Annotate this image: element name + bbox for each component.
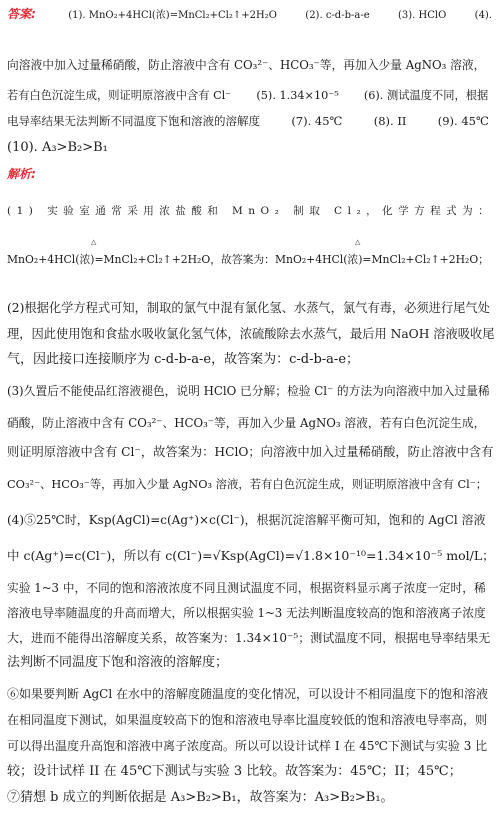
analysis-p4-line-4: 溶液电导率随温度的升高而增大，所以根据实验 1~3 无法判断温度较高的饱和溶液离… xyxy=(7,605,486,621)
analysis-p1-line-2: MnO₂+4HCl(浓)=MnCl₂+Cl₂↑+2H₂O，故答案为：MnO₂+4… xyxy=(7,252,489,268)
analysis-p3-line-2: 硝酸，防止溶液中含有 CO₃²⁻、HCO₃⁻等，再加入少量 AgNO₃ 溶液，若… xyxy=(7,415,485,431)
answer-8: (8). II xyxy=(374,114,407,128)
analysis-p3-line-1: (3)久置后不能使品红溶液褪色，说明 HClO 已分解；检验 Cl⁻ 的方法为向… xyxy=(7,383,490,399)
analysis-p7-line-1: ⑦猜想 b 成立的判断依据是 A₃>B₂>B₁，故答案为：A₃>B₂>B₁。 xyxy=(7,790,394,806)
answer-line-1: 答案: (1). MnO₂+4HCl(浓)=MnCl₂+Cl₂↑+2H₂O (2… xyxy=(7,6,492,24)
answer-2: (2). c-d-b-a-e xyxy=(305,10,369,21)
analysis-p4-line-6: 法判断不同温度下饱和溶液的溶解度； xyxy=(7,655,228,671)
answer-1: (1). MnO₂+4HCl(浓)=MnCl₂+Cl₂↑+2H₂O xyxy=(68,10,277,21)
answer-7: (7). 45℃ xyxy=(291,114,342,128)
answer-3: (3). HClO xyxy=(398,10,446,21)
answer-6-start: (6). 测试温度不同，根据 xyxy=(364,89,488,102)
answer-6-end: 电导率结果无法判断不同温度下饱和溶液的溶解度 xyxy=(7,114,260,128)
answer-4-line-2: 若有白色沉淀生成，则证明原溶液中含有 Cl⁻ xyxy=(7,89,231,102)
answer-5: (5). 1.34×10⁻⁵ xyxy=(256,89,338,102)
analysis-p3-line-4: CO₃²⁻、HCO₃⁻等，再加入少量 AgNO₃ 溶液，若有白色沉淀生成，则证明… xyxy=(7,476,487,492)
analysis-p6-line-3: 可以得出温度升高饱和溶液中离子浓度高。所以可以设计试样 I 在 45℃下测试与实… xyxy=(7,738,487,754)
answer-4-label: (4). xyxy=(475,10,492,21)
analysis-p4-line-3: 实验 1~3 中，不同的饱和溶液浓度不同且测试温度不同，根据资料显示离子浓度一定… xyxy=(7,580,486,596)
answer-label: 答案: xyxy=(7,7,36,21)
answer-10: (10). A₃>B₂>B₁ xyxy=(7,140,108,156)
analysis-p1-line-1: (1) 实验室通常采用浓盐酸和 MnO₂ 制取 Cl₂，化学方程式为： xyxy=(7,203,494,219)
answer-line-3: 若有白色沉淀生成，则证明原溶液中含有 Cl⁻ (5). 1.34×10⁻⁵ (6… xyxy=(7,88,488,104)
heat-symbol-1: △ xyxy=(91,238,96,246)
analysis-p2-line-1: (2)根据化学方程式可知，制取的氯气中混有氯化氢、水蒸气，氯气有毒，必须进行尾气… xyxy=(7,300,490,316)
analysis-p4-line-5: 大，进而不能得出溶解度关系，故答案为：1.34×10⁻⁵；测试温度不同，根据电导… xyxy=(7,630,490,646)
analysis-p3-line-3: 则证明原溶液中含有 Cl⁻，故答案为：HClO；向溶液中加入过量稀硝酸，防止溶液… xyxy=(7,444,493,460)
answer-9: (9). 45℃ xyxy=(438,114,489,128)
analysis-p2-line-2: 理，因此使用饱和食盐水吸收氯化氢气体，浓硫酸除去水蒸气，最后用 NaOH 溶液吸… xyxy=(7,326,495,342)
answer-line-4: 电导率结果无法判断不同温度下饱和溶液的溶解度 (7). 45℃ (8). II … xyxy=(7,113,489,129)
analysis-p2-line-3: 气，因此接口连接顺序为 c-d-b-a-e，故答案为：c-d-b-a-e； xyxy=(7,352,359,368)
analysis-p4-line-1: (4)⑤25℃时，Ksp(AgCl)=c(Ag⁺)×c(Cl⁻)，根据沉淀溶解平… xyxy=(7,512,486,528)
analysis-label: 解析: xyxy=(7,166,36,182)
analysis-p6-line-1: ⑥如果要判断 AgCl 在水中的溶解度随温度的变化情况，可以设计不相同温度下的饱… xyxy=(7,686,488,702)
answer-4-line-1: 向溶液中加入过量稀硝酸，防止溶液中含有 CO₃²⁻、HCO₃⁻等，再加入少量 A… xyxy=(7,57,485,73)
heat-symbol-2: △ xyxy=(355,238,360,246)
analysis-p4-line-2: 中 c(Ag⁺)=c(Cl⁻)，所以有 c(Cl⁻)=√Ksp(AgCl)=√1… xyxy=(7,548,495,564)
analysis-p6-line-4: 较；设计试样 II 在 45℃下测试与实验 3 比较。故答案为：45℃；II；4… xyxy=(7,764,462,780)
analysis-p6-line-2: 在相同温度下测试，如果温度较高下的饱和溶液电导率比温度较低的饱和溶液电导率高，则 xyxy=(7,712,487,728)
